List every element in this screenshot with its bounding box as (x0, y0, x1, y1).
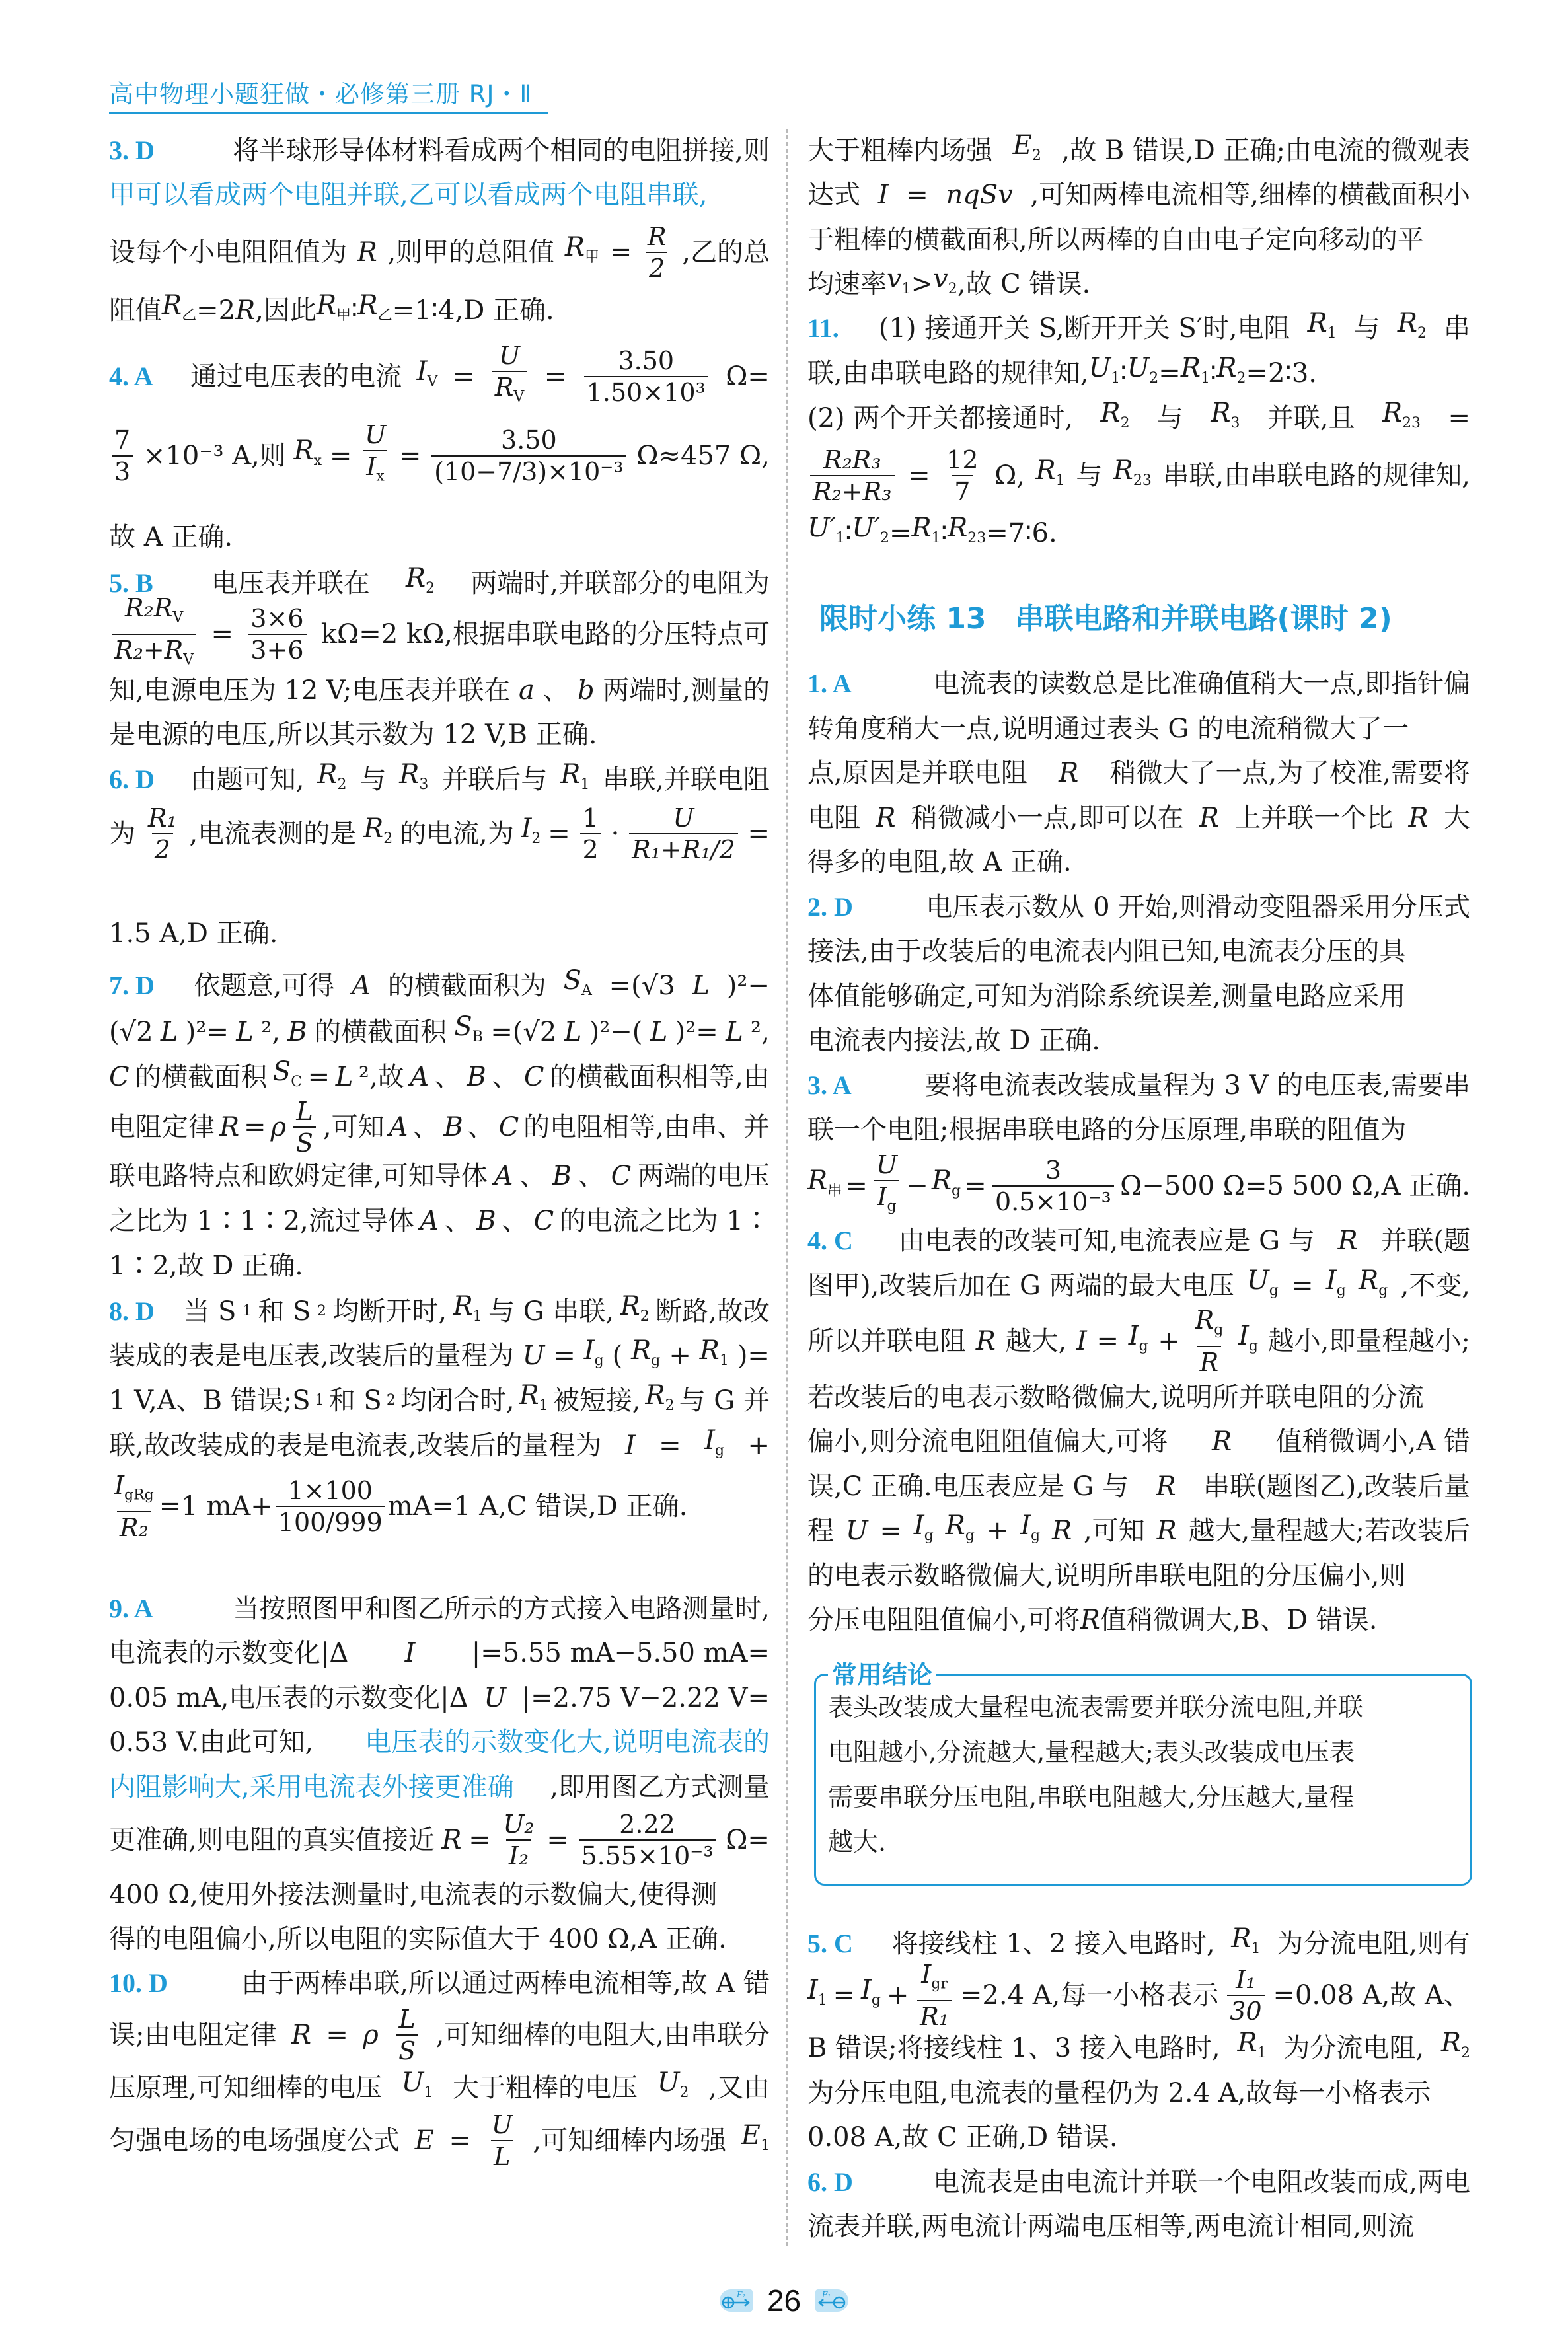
text-run: ,故 B 错误,D 正确;由电流的微观表 (1061, 131, 1470, 170)
text-line: 的电表示数略微偏大,说明所串联电阻的分压偏小,则 (807, 1556, 1470, 1596)
subscript: 1 (902, 281, 911, 297)
text-run: 和 S (329, 1381, 382, 1421)
variable-symbol: R (645, 1380, 665, 1411)
text-run: ², (751, 1012, 770, 1052)
variable-symbol: R (357, 237, 377, 268)
numerator: I₁ (1233, 1964, 1258, 1995)
text-line: C 的横截面积 SC=L²,故 A、B、C 的横截面积相等,由 (109, 1057, 770, 1097)
text-line: 更准确,则电阻的真实值接近 R=U₂I₂=2.225.55×10⁻³ Ω= (109, 1820, 770, 1860)
text-line: R₂R₃R₂+R₃=127 Ω,R1 与 R23 串联,由串联电路的规律知, (807, 456, 1470, 496)
text-run: 要将电流表改装成量程为 3 V 的电压表,需要串 (925, 1066, 1470, 1105)
text-run: 被短接, (553, 1381, 641, 1421)
math-variable: A (420, 1201, 439, 1241)
numerator: U (874, 1150, 900, 1180)
variable-symbol: I (1326, 1265, 1337, 1296)
variable-symbol: R (317, 759, 337, 790)
variable-symbol: ρ (363, 2020, 379, 2050)
common-conclusion-box: 常用结论 表头改装成大量程电流表需要并联分流电阻,并联电阻越小,分流越大,量程越… (814, 1674, 1472, 1886)
text-run: )²= (186, 1012, 229, 1052)
question-number: 4. A (109, 357, 153, 396)
question-number: 6. D (109, 760, 155, 799)
text-run: 1 V,A、B 错误;S (109, 1381, 311, 1421)
variable-symbol: R (1212, 1426, 1232, 1457)
math-variable: R (235, 291, 255, 330)
subscript: 2 (1236, 370, 1246, 387)
text-line: 3. A要将电流表改装成量程为 3 V 的电压表,需要串 (807, 1066, 1470, 1105)
denominator: 1.50×10³ (584, 376, 708, 408)
math-variable: L (336, 1057, 354, 1097)
question-number: 10. D (109, 1964, 168, 2003)
variable-symbol: R (1157, 1516, 1177, 1546)
math-variable: E2 (1013, 126, 1041, 176)
fraction: R₂R₃R₂+R₃ (810, 445, 895, 507)
text-run: 为分流电阻, (1283, 2028, 1424, 2068)
text-run: = (889, 513, 912, 553)
subscript: 1 (761, 2137, 770, 2154)
denominator: R₂+R₃ (810, 475, 895, 507)
variable-symbol: L (161, 1017, 178, 1047)
text-line: 均速率 v1>v2,故 C 错误. (807, 264, 1470, 304)
text-run: 更准确,则电阻的真实值接近 (109, 1820, 435, 1860)
subscript: 1 (1257, 2045, 1267, 2061)
negative-charge-force-icon: F₁ (815, 2289, 848, 2312)
text-run: 为 (109, 814, 135, 854)
text-run: = (546, 1820, 569, 1860)
text-line: 误,C 正确.电压表应是 G 与 R 串联(题图乙),改装后量 (807, 1467, 1470, 1506)
math-variable: U1 (402, 2063, 433, 2113)
math-variable: R2 (645, 1376, 674, 1426)
fraction: 127 (944, 445, 981, 507)
section-title: 限时小练 13 串联电路和并联电路(课时 2) (819, 595, 1392, 637)
numerator: L (396, 2004, 418, 2034)
numerator: 2.22 (616, 1809, 678, 1839)
text-run: = (659, 1426, 681, 1465)
text-line: 联,故改装成的表是电流表,改装后的量程为 I=Ig+ (109, 1426, 770, 1465)
text-run: 均速率 (807, 264, 887, 304)
text-run: 阻值 (109, 291, 162, 330)
text-line: 分压电阻阻值偏小,可将 R 值稍微调大,B、D 错误. (807, 1600, 1470, 1640)
math-variable: I (878, 175, 889, 215)
math-variable: Ig (914, 1506, 934, 1556)
text-run: 和 S (258, 1292, 311, 1331)
text-run: 将半球形导体材料看成两个相同的电阻拼接,则 (233, 131, 770, 170)
text-run: 大于粗棒内场强 (807, 131, 992, 170)
math-variable: Rg (932, 1161, 961, 1211)
variable-symbol: U (1088, 353, 1111, 383)
numerator: R₂RV (122, 593, 186, 634)
text-run: + (987, 1511, 1009, 1551)
math-variable: I (405, 1633, 416, 1673)
denominator: I₂ (506, 1839, 531, 1871)
math-variable: Ig (704, 1421, 724, 1471)
fraction: 1×100100/999 (276, 1475, 385, 1537)
math-variable: R23 (948, 508, 986, 558)
text-run: = (399, 436, 422, 476)
svg-text:F₂: F₂ (736, 2290, 745, 2299)
text-line: 4. A通过电压表的电流 IV=URV=3.501.50×10³ Ω= (109, 357, 770, 396)
highlighted-text: 电压表的示数变化大,说明电流表的 (365, 1722, 770, 1762)
denominator: 2 (646, 252, 667, 283)
text-run: Ω≈457 Ω, (636, 436, 770, 476)
numerator: R (645, 221, 669, 252)
text-line: 于粗棒的横截面积,所以两棒的自由电子定向移动的平 (807, 220, 1470, 260)
variable-symbol: R (876, 803, 895, 833)
variable-symbol: L (692, 971, 710, 1001)
text-run: 0.53 V.由此可知, (109, 1722, 313, 1762)
variable-symbol: U′ (807, 513, 836, 543)
variable-symbol: U (484, 1683, 506, 1713)
variable-symbol: I (1076, 1326, 1087, 1356)
text-run: ∶ (1210, 353, 1216, 393)
numerator: IgRg (112, 1470, 157, 1511)
text-run: 、 (445, 1201, 471, 1241)
text-line: 接法,由于改装后的电流表内阻已知,电流表分压的具 (807, 932, 1470, 971)
math-variable: R1 (1231, 1919, 1260, 1969)
text-run: ,即用图乙方式测量 (550, 1767, 770, 1807)
text-run: ,可知 (323, 1107, 385, 1147)
variable-symbol: S (454, 1012, 472, 1042)
highlighted-text: 甲可以看成两个电阻并联,乙可以看成两个电阻串联, (109, 175, 707, 215)
variable-symbol: R (948, 513, 967, 543)
text-run: = (544, 357, 567, 396)
text-run: 1.5 A,D 正确. (109, 914, 278, 953)
text-run: 值稍微调小,A 错 (1276, 1422, 1470, 1461)
variable-symbol: R (1211, 398, 1230, 428)
text-run: 电压表示数从 0 开始,则滑动变阻器采用分压式 (926, 887, 1470, 927)
text-run: 的电流之比为 1∶ (560, 1201, 770, 1241)
text-run: 与 (1157, 398, 1183, 438)
subscript: 甲 (585, 249, 599, 266)
math-variable: A (352, 966, 371, 1006)
math-variable: ρ (270, 1107, 286, 1147)
text-run: 体值能够确定,可知为消除系统误差,测量电路应采用 (807, 977, 1405, 1016)
text-line: IgRgR₂=1 mA+1×100100/999 mA=1 A,C 错误,D 正… (109, 1487, 770, 1526)
variable-symbol: R (291, 2020, 311, 2050)
subscript: 1 (932, 530, 941, 546)
text-run: ², (261, 1012, 280, 1052)
text-line: 联一个电阻;根据串联电路的分压原理,串联的阻值为 (807, 1110, 1470, 1150)
math-variable: R (1409, 798, 1429, 838)
math-variable: b (578, 671, 595, 710)
text-line: 若改装后的电表示数略微偏大,说明所并联电阻的分流 (807, 1378, 1470, 1417)
text-run: Ω−500 Ω=5 500 Ω,A 正确. (1120, 1166, 1470, 1206)
numerator: U (496, 340, 523, 371)
text-run: 稍微大了一点,为了校准,需要将 (1110, 753, 1470, 793)
variable-symbol: C (109, 1062, 130, 1092)
math-variable: R甲 (565, 227, 599, 277)
math-variable: R2 (1100, 393, 1129, 443)
text-line: 3. D将半球形导体材料看成两个相同的电阻拼接,则 (109, 131, 770, 170)
denominator: 5.55×10⁻³ (579, 1839, 716, 1871)
highlighted-text: 内阻影响大,采用电流表外接更准确 (109, 1767, 514, 1807)
variable-symbol: R (453, 1291, 472, 1321)
math-variable: R23 (1382, 393, 1421, 443)
subscript: g (1269, 1282, 1279, 1299)
text-run: 与 G 串联, (488, 1292, 614, 1331)
text-run: 若改装后的电表示数略微偏大,说明所并联电阻的分流 (807, 1378, 1424, 1417)
text-line: 达式 I=nqSv,可知两棒电流相等,细棒的横截面积小 (807, 175, 1470, 215)
subscript: 1 (1251, 1940, 1261, 1957)
variable-symbol: b (578, 675, 595, 706)
text-line: 知,电源电压为 12 V;电压表并联在 a、b 两端时,测量的 (109, 671, 770, 710)
text-run: ,因此 (255, 291, 317, 330)
text-line: 4. C由电表的改装可知,电流表应是 G 与 R 并联(题 (807, 1221, 1470, 1261)
variable-symbol: R (1199, 803, 1219, 833)
variable-symbol: R (1181, 353, 1201, 383)
text-run: 得的电阻偏小,所以电阻的实际值大于 400 Ω,A 正确. (109, 1919, 727, 1959)
math-variable: R (1080, 1600, 1100, 1640)
variable-symbol: A (410, 1062, 429, 1092)
question-number: 3. D (109, 131, 155, 170)
text-run: 当 S (183, 1292, 236, 1331)
text-run: + (747, 1426, 770, 1465)
text-run: = (908, 456, 930, 496)
subscript: x (314, 453, 322, 469)
variable-symbol: R (219, 1112, 239, 1142)
denominator: S (293, 1126, 316, 1158)
text-run: = (449, 2121, 472, 2160)
fraction: R₂RVR₂+RV (112, 593, 196, 675)
math-variable: U′2 (852, 508, 889, 558)
text-run: 串联(题图乙),改装后量 (1203, 1467, 1470, 1506)
variable-symbol: R (1216, 353, 1236, 383)
math-variable: R2 (363, 809, 392, 859)
text-run: 、 (519, 1156, 546, 1196)
text-run: Ω, (994, 456, 1025, 496)
math-variable: R (876, 798, 895, 838)
text-run: 压原理,可知细棒的电压 (109, 2068, 382, 2108)
text-run: (1) 接通开关 S,断开开关 S′时,电阻 (879, 309, 1290, 348)
question-number: 2. D (807, 887, 853, 927)
text-run: = (548, 814, 570, 854)
denominator: 2 (152, 833, 173, 865)
variable-symbol: A (420, 1206, 439, 1236)
math-variable: R (1052, 1511, 1072, 1551)
text-line: I1=Ig+IgrR₁=2.4 A,每一小格表示I₁30=0.08 A,故 A、 (807, 1975, 1470, 2015)
math-variable: R (976, 1321, 996, 1361)
numerator: 1×100 (285, 1475, 375, 1506)
denominator: 100/999 (276, 1506, 385, 1537)
variable-symbol: R (1036, 455, 1056, 486)
denominator: 0.5×10⁻³ (992, 1185, 1114, 1217)
variable-symbol: v (933, 264, 948, 294)
text-run: kΩ=2 kΩ,根据串联电路的分压特点可 (321, 614, 770, 654)
math-variable: R1 (1036, 451, 1065, 501)
text-run: = (1158, 353, 1181, 393)
text-run: =2.4 A,每一小格表示 (960, 1975, 1218, 2015)
math-variable: R1 (1181, 348, 1210, 398)
numerator: U (489, 2110, 515, 2140)
subscript: 串 (827, 1183, 842, 1199)
text-run: Ω= (726, 1820, 770, 1860)
math-variable: R (1059, 753, 1078, 793)
text-run: 均闭合时, (400, 1381, 515, 1421)
subscript: 2 (1149, 370, 1158, 387)
text-line: 电流表内接法,故 D 正确. (807, 1021, 1470, 1060)
variable-symbol: R (1059, 758, 1078, 788)
variable-symbol: R (358, 290, 378, 320)
subscript: g (965, 1528, 975, 1544)
question-number: 11. (807, 309, 839, 348)
text-run: 之比为 1∶1∶2,流过导体 (109, 1201, 414, 1241)
math-variable: U2 (657, 2063, 689, 2113)
denominator: 7 (952, 475, 973, 507)
variable-symbol: R (1100, 398, 1120, 428)
variable-symbol: R (932, 1165, 952, 1196)
fraction: LS (293, 1096, 316, 1158)
text-run: = (1097, 1321, 1119, 1361)
numerator: 1 (580, 803, 601, 833)
math-variable: ρ (363, 2015, 379, 2055)
numerator: 3 (1043, 1155, 1064, 1185)
math-variable: R (1157, 1511, 1177, 1551)
variable-symbol: R (807, 1165, 827, 1196)
variable-symbol: R (560, 759, 580, 790)
subscript: 1 (539, 1397, 548, 1414)
text-line: 7. D依题意,可得 A 的横截面积为 SA=(√3 L)²− (109, 966, 770, 1006)
subscript: 2 (1461, 2045, 1470, 2061)
math-variable: v2 (933, 259, 957, 309)
variable-symbol: R (631, 1335, 651, 1366)
variable-symbol: a (519, 675, 535, 706)
math-variable: L (726, 1012, 743, 1052)
denominator: 3 (112, 455, 133, 487)
text-run: = (610, 233, 632, 272)
variable-symbol: C (611, 1161, 632, 1191)
math-variable: L (692, 966, 710, 1006)
text-run: 联一个电阻;根据串联电路的分压原理,串联的阻值为 (807, 1110, 1406, 1150)
text-run: 均断开时, (332, 1292, 447, 1331)
text-run: = (330, 436, 352, 476)
variable-symbol: C (499, 1112, 519, 1142)
page-number: 26 (767, 2283, 801, 2318)
math-variable: SA (564, 961, 592, 1011)
question-number: 6. D (807, 2162, 853, 2202)
text-run: 越大,量程越大;若改装后 (1189, 1511, 1470, 1551)
fraction: RgR (1193, 1305, 1226, 1378)
text-run: 两端时,测量的 (603, 671, 770, 710)
text-run: 电阻 (807, 798, 860, 838)
math-variable: I (1076, 1321, 1087, 1361)
variable-symbol: R (1409, 803, 1429, 833)
subscript: 1 (1056, 472, 1065, 489)
variable-symbol: S (564, 965, 581, 996)
variable-symbol: R (363, 813, 383, 844)
variable-symbol: I (807, 1975, 818, 2005)
text-run: =(√2 (490, 1012, 556, 1052)
math-variable: R1 (1308, 303, 1337, 353)
text-run: 、 (412, 1107, 439, 1147)
variable-symbol: R (1308, 308, 1327, 338)
text-run: 与 (359, 760, 386, 799)
text-run: = (880, 1511, 903, 1551)
denominator: L (491, 2140, 513, 2172)
text-run: 误;由电阻定律 (109, 2015, 276, 2055)
variable-symbol: L (236, 1017, 254, 1047)
text-run: )²− (727, 966, 770, 1006)
math-variable: R乙 (358, 285, 392, 336)
fraction: 2.225.55×10⁻³ (579, 1809, 716, 1871)
fraction: 3.501.50×10³ (584, 346, 708, 408)
math-variable: C (611, 1156, 632, 1196)
text-run: 偏小,则分流电阻阻值偏大,可将 (807, 1422, 1168, 1461)
text-run: )²−( (589, 1012, 643, 1052)
math-variable: R2 (406, 558, 435, 609)
text-run: 的电流,为 (400, 814, 514, 854)
variable-symbol: R (1382, 398, 1402, 428)
subscript: 1 (836, 530, 845, 546)
variable-symbol: R (1359, 1265, 1378, 1296)
math-variable: R1 (453, 1286, 482, 1337)
text-run: 得多的电阻,故 A 正确. (807, 842, 1072, 882)
text-run: 联,故改装成的表是电流表,改装后的量程为 (109, 1426, 601, 1465)
text-run: 、 (542, 671, 569, 710)
variable-symbol: B (467, 1062, 486, 1092)
text-line: 得的电阻偏小,所以电阻的实际值大于 400 Ω,A 正确. (109, 1919, 770, 1959)
text-run: = (308, 1057, 330, 1097)
variable-symbol: S (273, 1056, 291, 1087)
variable-symbol: E (741, 2120, 761, 2151)
subscript: 2 (1032, 147, 1041, 164)
variable-symbol: L (650, 1017, 668, 1047)
text-run: 电流表的读数总是比准确值稍大一点,即指针偏 (933, 664, 1470, 704)
text-line: 2. D电压表示数从 0 开始,则滑动变阻器采用分压式 (807, 887, 1470, 927)
subscript: 2 (338, 776, 347, 793)
math-variable: A (389, 1107, 408, 1147)
svg-text:F₁: F₁ (821, 2290, 831, 2299)
subscript: g (1337, 1282, 1346, 1299)
math-variable: v1 (887, 259, 911, 309)
math-variable: Ig (1129, 1316, 1148, 1366)
math-variable: B (287, 1012, 307, 1052)
text-run: 电流表是由电流计并联一个电阻改装而成,两电 (933, 2162, 1470, 2202)
variable-symbol: R (1398, 308, 1417, 338)
math-variable: C (109, 1057, 130, 1097)
math-variable: E1 (741, 2116, 770, 2166)
text-run: 值稍微调大,B、D 错误. (1100, 1600, 1378, 1640)
text-line: 电流表的示数变化|ΔI|=5.55 mA−5.50 mA= (109, 1633, 770, 1673)
variable-symbol: B (476, 1206, 496, 1236)
denominator: R₁+R₁/2 (629, 833, 738, 865)
numerator: U (362, 420, 389, 450)
fraction: UIx (362, 420, 389, 492)
numerator: L (293, 1096, 315, 1126)
text-run: 1∶2,故 D 正确. (109, 1246, 303, 1286)
math-variable: Rg (1359, 1261, 1388, 1311)
text-line: 1.5 A,D 正确. (109, 914, 770, 953)
subscript: 3 (419, 776, 428, 793)
text-run: |=5.55 mA−5.50 mA= (472, 1633, 770, 1673)
math-variable: Ug (1247, 1261, 1279, 1311)
text-run: ,故 C 错误. (957, 264, 1090, 304)
denominator: Ig (874, 1180, 899, 1222)
text-run: ,则甲的总阻值 (388, 233, 555, 272)
variable-symbol: R (976, 1326, 996, 1356)
numerator: U₂ (500, 1809, 537, 1839)
numerator: 12 (944, 445, 981, 475)
text-run: 与 (1076, 456, 1102, 496)
subscript: 23 (1402, 415, 1421, 431)
text-run: 串联,由串联电路的规律知, (1162, 456, 1470, 496)
variable-symbol: R (1080, 1605, 1100, 1635)
variable-symbol: U (402, 2067, 424, 2098)
text-run: 电压表并联在 (211, 564, 370, 603)
variable-symbol: I (704, 1425, 715, 1456)
variable-symbol: A (494, 1161, 513, 1191)
subscript: 2 (665, 1397, 675, 1414)
text-line: 装成的表是电压表,改装后的量程为 U=Ig(Rg+R1)= (109, 1336, 770, 1376)
fraction: I₁30 (1227, 1964, 1264, 2026)
